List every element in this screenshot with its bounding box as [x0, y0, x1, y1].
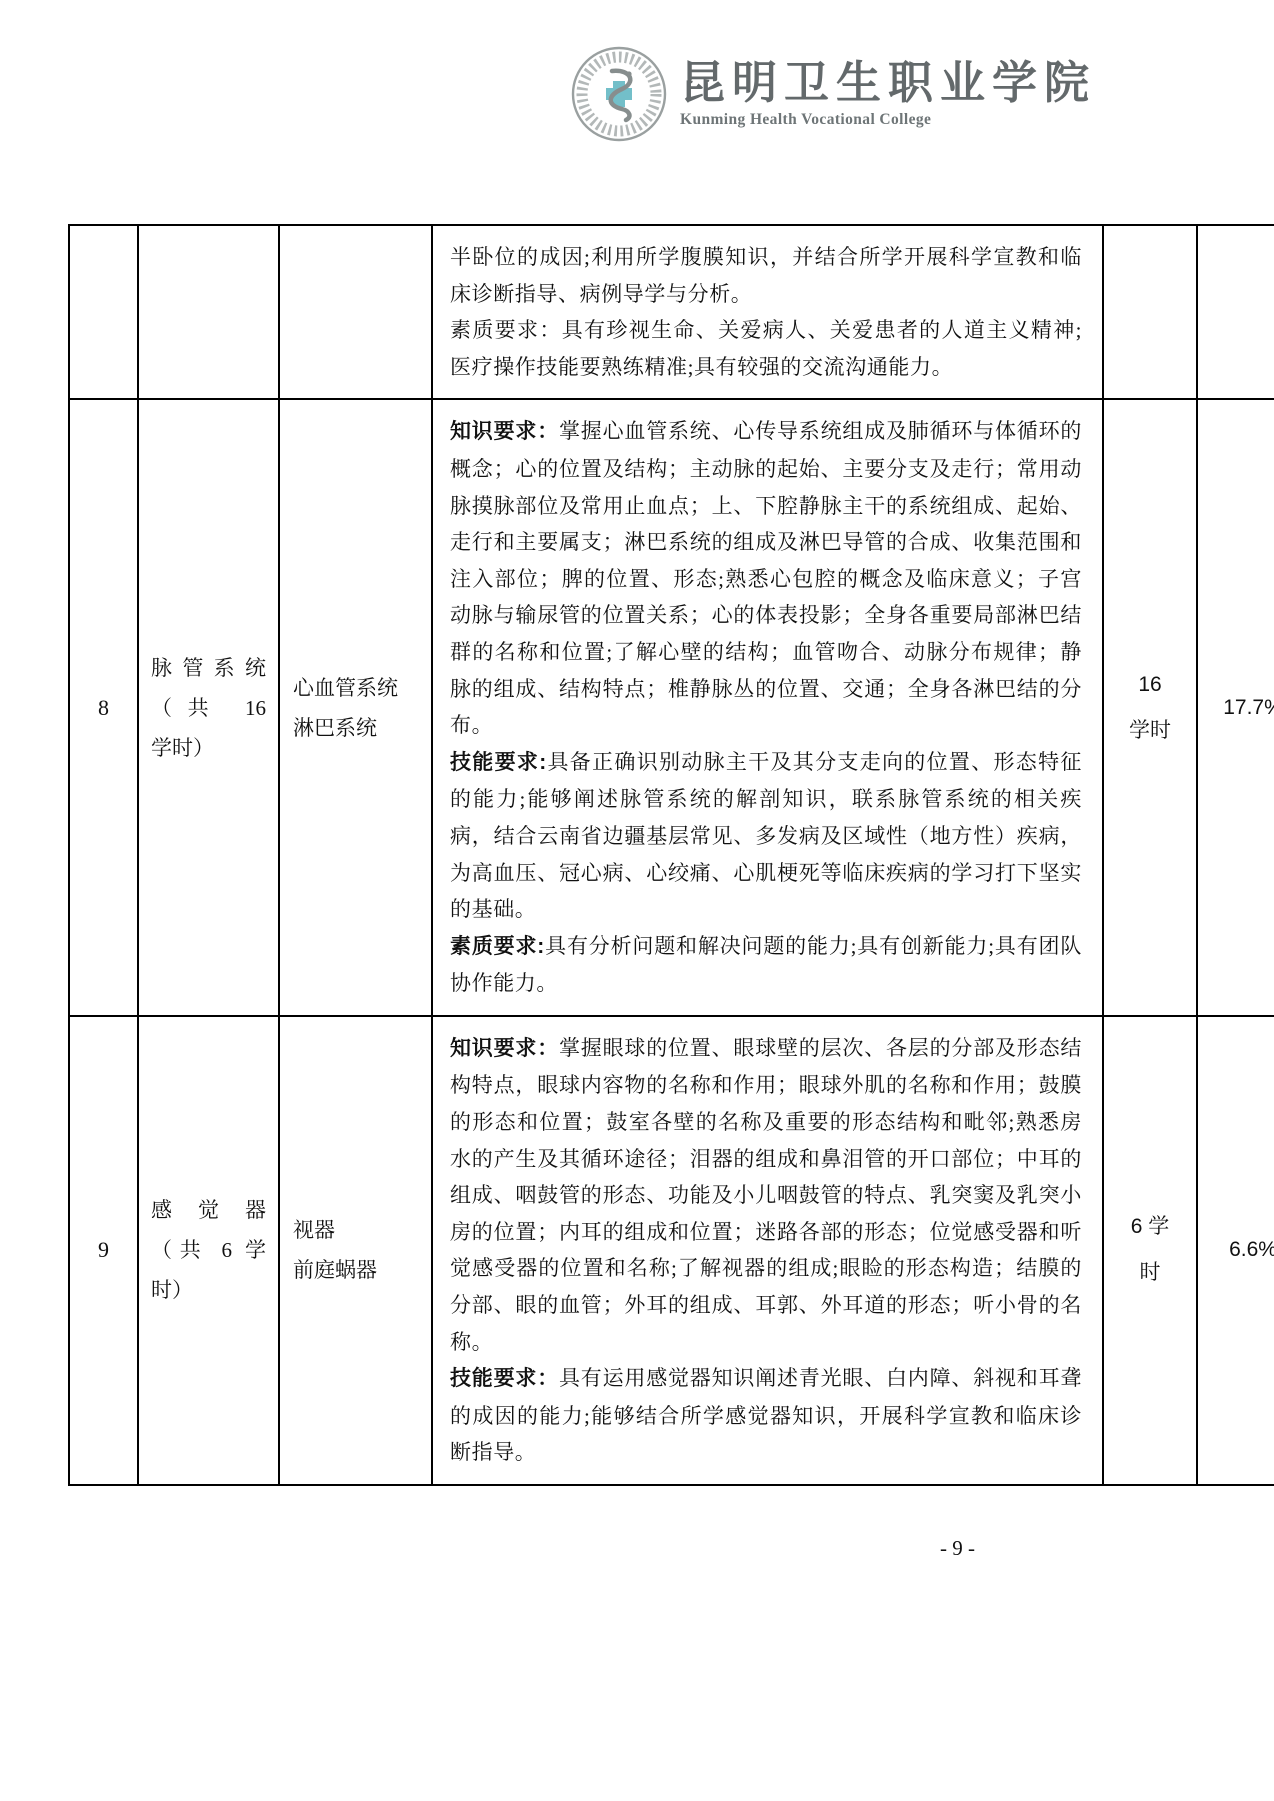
percent-cell — [1197, 225, 1274, 399]
table-row: 9感 觉 器（共 6 学时）视器前庭蜗器知识要求：掌握眼球的位置、眼球壁的层次、… — [69, 1016, 1274, 1485]
topic-cell: 脉管系统（共 16学时） — [138, 399, 279, 1016]
requirements-cell: 半卧位的成因;利用所学腹膜知识，并结合所学开展科学宣教和临床诊断指导、病例导学与… — [432, 225, 1103, 399]
requirement-paragraph: 知识要求：掌握心血管系统、心传导系统组成及肺循环与体循环的概念；心的位置及结构；… — [450, 413, 1082, 743]
syllabus-table: 半卧位的成因;利用所学腹膜知识，并结合所学开展科学宣教和临床诊断指导、病例导学与… — [68, 224, 1274, 1486]
requirement-paragraph: 半卧位的成因;利用所学腹膜知识，并结合所学开展科学宣教和临床诊断指导、病例导学与… — [450, 239, 1082, 312]
requirement-paragraph: 技能要求：具有运用感觉器知识阐述青光眼、白内障、斜视和耳聋的成因的能力;能够结合… — [450, 1360, 1082, 1471]
row-number-cell — [69, 225, 138, 399]
topic-cell — [138, 225, 279, 399]
requirement-label: 技能要求： — [450, 1367, 559, 1390]
requirement-label: 知识要求： — [450, 1037, 559, 1060]
percent-cell: 17.7% — [1197, 399, 1274, 1016]
percent-cell: 6.6% — [1197, 1016, 1274, 1485]
requirement-label: 知识要求： — [450, 420, 559, 443]
college-name-block: 昆明卫生职业学院 Kunming Health Vocational Colle… — [680, 59, 1096, 130]
page-footer: - 9 - — [0, 1536, 1274, 1561]
college-name-zh: 昆明卫生职业学院 — [680, 59, 1096, 109]
requirement-paragraph: 素质要求:具有分析问题和解决问题的能力;具有创新能力;具有团队协作能力。 — [450, 928, 1082, 1002]
college-name-en: Kunming Health Vocational College — [680, 111, 1096, 129]
page-number: - 9 - — [940, 1536, 975, 1560]
requirements-cell: 知识要求：掌握心血管系统、心传导系统组成及肺循环与体循环的概念；心的位置及结构；… — [432, 399, 1103, 1016]
table-row: 半卧位的成因;利用所学腹膜知识，并结合所学开展科学宣教和临床诊断指导、病例导学与… — [69, 225, 1274, 399]
college-logo: 昆明卫生职业学院 Kunming Health Vocational Colle… — [0, 44, 1096, 144]
document-page: 昆明卫生职业学院 Kunming Health Vocational Colle… — [0, 0, 1274, 1801]
requirement-label: 素质要求: — [450, 935, 545, 958]
row-number-cell: 8 — [69, 399, 138, 1016]
requirement-label: 技能要求: — [450, 751, 547, 774]
hours-cell: 16学时 — [1103, 399, 1197, 1016]
row-number-cell: 9 — [69, 1016, 138, 1485]
table-row: 8脉管系统（共 16学时）心血管系统淋巴系统知识要求：掌握心血管系统、心传导系统… — [69, 399, 1274, 1016]
hours-cell: 6 学时 — [1103, 1016, 1197, 1485]
topic-cell: 感 觉 器（共 6 学时） — [138, 1016, 279, 1485]
subtopic-cell: 心血管系统淋巴系统 — [279, 399, 432, 1016]
requirement-paragraph: 知识要求：掌握眼球的位置、眼球壁的层次、各层的分部及形态结构特点，眼球内容物的名… — [450, 1030, 1082, 1360]
requirements-cell: 知识要求：掌握眼球的位置、眼球壁的层次、各层的分部及形态结构特点，眼球内容物的名… — [432, 1016, 1103, 1485]
requirement-paragraph: 素质要求：具有珍视生命、关爱病人、关爱患者的人道主义精神;医疗操作技能要熟练精准… — [450, 312, 1082, 385]
subtopic-cell — [279, 225, 432, 399]
hours-cell — [1103, 225, 1197, 399]
subtopic-cell: 视器前庭蜗器 — [279, 1016, 432, 1485]
syllabus-table-body: 半卧位的成因;利用所学腹膜知识，并结合所学开展科学宣教和临床诊断指导、病例导学与… — [69, 225, 1274, 1485]
requirement-paragraph: 技能要求:具备正确识别动脉主干及其分支走向的位置、形态特征的能力;能够阐述脉管系… — [450, 744, 1082, 928]
page-header: 昆明卫生职业学院 Kunming Health Vocational Colle… — [0, 0, 1274, 144]
college-seal-icon — [570, 45, 668, 143]
